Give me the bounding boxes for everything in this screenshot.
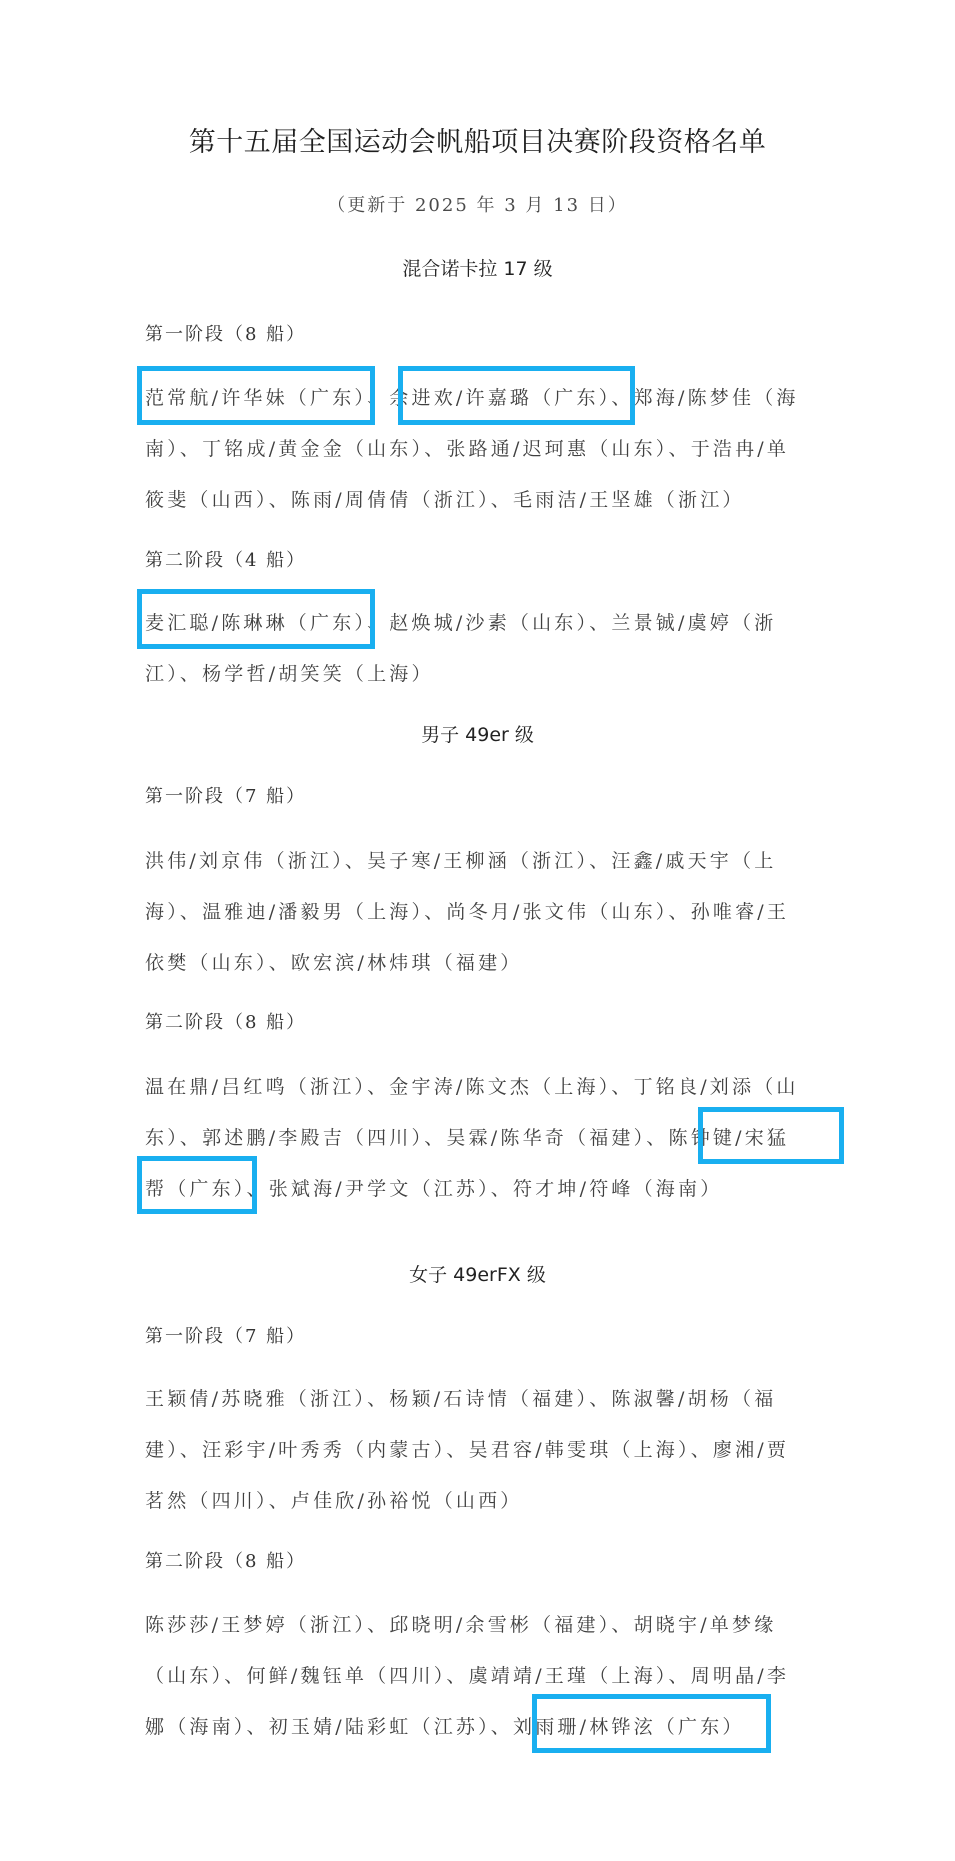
- roster-line: 温在鼎/吕红鸣（浙江）、金宇涛/陈文杰（上海）、丁铭良/刘添（山: [145, 1072, 835, 1099]
- roster-line: 南）、丁铭成/黄金金（山东）、张路通/迟珂惠（山东）、于浩冉/单: [145, 434, 835, 461]
- roster-line: 筱斐（山西）、陈雨/周倩倩（浙江）、毛雨洁/王坚雄（浙江）: [145, 485, 835, 512]
- roster-line: （山东）、何鲜/魏钰单（四川）、虞靖靖/王瑾（上海）、周明晶/李: [145, 1661, 835, 1688]
- document-update-date: （更新于 2025 年 3 月 13 日）: [0, 191, 955, 217]
- phase-label: 第一阶段（7 船）: [145, 1322, 306, 1348]
- phase-label: 第二阶段（8 船）: [145, 1008, 306, 1034]
- roster-line: 依樊（山东）、欧宏滨/林炜琪（福建）: [145, 948, 835, 975]
- section-heading: 男子 49er 级: [0, 720, 955, 747]
- roster-line: 江）、杨学哲/胡笑笑（上海）: [145, 659, 835, 686]
- roster-line: 建）、汪彩宇/叶秀秀（内蒙古）、吴君容/韩雯琪（上海）、廖湘/贾: [145, 1435, 835, 1462]
- roster-line: 娜（海南）、初玉婧/陆彩虹（江苏）、刘雨珊/林铧泫（广东）: [145, 1712, 835, 1739]
- roster-line: 王颖倩/苏晓雅（浙江）、杨颖/石诗情（福建）、陈淑馨/胡杨（福: [145, 1384, 835, 1411]
- document-title: 第十五届全国运动会帆船项目决赛阶段资格名单: [0, 120, 955, 159]
- section-heading: 女子 49erFX 级: [0, 1260, 955, 1287]
- roster-line: 陈莎莎/王梦婷（浙江）、邱晓明/余雪彬（福建）、胡晓宇/单梦缘: [145, 1610, 835, 1637]
- phase-label: 第一阶段（7 船）: [145, 782, 306, 808]
- phase-label: 第一阶段（8 船）: [145, 320, 306, 346]
- phase-label: 第二阶段（4 船）: [145, 546, 306, 572]
- roster-line: 范常航/许华妹（广东）、余进欢/许嘉璐（广东）、郑海/陈梦佳（海: [145, 383, 835, 410]
- roster-line: 海）、温雅迪/潘毅男（上海）、尚冬月/张文伟（山东）、孙唯睿/王: [145, 897, 835, 924]
- section-heading: 混合诺卡拉 17 级: [0, 254, 955, 281]
- roster-line: 洪伟/刘京伟（浙江）、吴子寒/王柳涵（浙江）、汪鑫/戚天宇（上: [145, 846, 835, 873]
- roster-line: 茗然（四川）、卢佳欣/孙裕悦（山西）: [145, 1486, 835, 1513]
- roster-line: 帮（广东）、张斌海/尹学文（江苏）、符才坤/符峰（海南）: [145, 1174, 835, 1201]
- phase-label: 第二阶段（8 船）: [145, 1547, 306, 1573]
- roster-line: 东）、郭述鹏/李殿吉（四川）、吴霖/陈华奇（福建）、陈钟键/宋猛: [145, 1123, 835, 1150]
- roster-line: 麦汇聪/陈琳琳（广东）、赵焕城/沙素（山东）、兰景铖/虞婷（浙: [145, 608, 835, 635]
